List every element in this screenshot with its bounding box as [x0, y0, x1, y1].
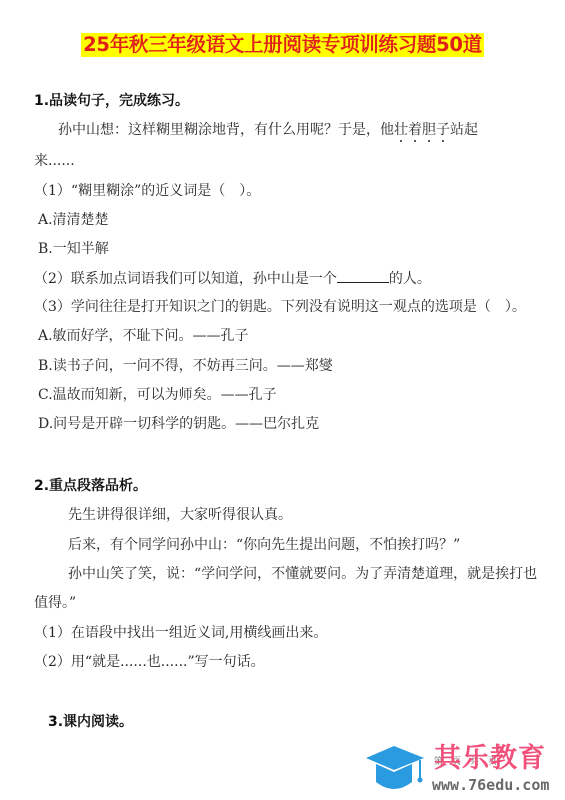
section1-passage-cont: 来......	[34, 152, 75, 170]
logo-name: 其乐教育	[434, 744, 546, 774]
dotted-char: 着	[408, 122, 422, 138]
section1-question-1: （1）“糊里糊涂”的近义词是（ ）。	[34, 182, 260, 200]
document-title-wrap: 25年秋三年级语文上册阅读专项训练习题50道	[0, 33, 565, 57]
question-text: （2）联系加点词语我们可以知道，孙中山是一个	[34, 271, 337, 287]
dotted-char: 胆	[422, 122, 436, 138]
q3-option-a: A.敏而好学，不耻下问。——孔子	[38, 327, 249, 345]
watermark-logo: 其乐教育 www.76edu.com	[364, 742, 564, 798]
q3-option-c: C.温故而知新，可以为师矣。——孔子	[38, 386, 277, 404]
q3-option-b: B.读书子问，一问不得，不妨再三问。——郑燮	[38, 357, 333, 375]
document-title: 25年秋三年级语文上册阅读专项训练习题50道	[81, 33, 484, 57]
section1-question-3: （3）学问往往是打开知识之门的钥匙。下列没有说明这一观点的选项是（ ）。	[34, 298, 526, 316]
section1-heading: 1.品读句子，完成练习。	[34, 92, 189, 110]
answer-blank	[337, 269, 389, 283]
dotted-char: 子	[436, 122, 450, 138]
passage-text: 孙中山想：这样糊里糊涂地背，有什么用呢？于是，他	[58, 122, 394, 138]
section2-paragraph-2: 后来，有个同学问孙中山：“你向先生提出问题，不怕挨打吗？”	[68, 536, 460, 554]
section3-heading: 3.课内阅读。	[48, 713, 133, 731]
section2-paragraph-3: 孙中山笑了笑，说：“学问学问，不懂就要问。为了弄清楚道理，就是挨打也	[68, 565, 537, 583]
section2-paragraph-3-cont: 值得。”	[34, 594, 76, 612]
q3-option-d: D.问号是开辟一切科学的钥匙。——巴尔扎克	[38, 415, 319, 433]
section1-question-2: （2）联系加点词语我们可以知道，孙中山是一个的人。	[34, 269, 431, 288]
passage-text: 站起	[450, 122, 478, 138]
section2-paragraph-1: 先生讲得很详细，大家听得很认真。	[68, 506, 292, 524]
q1-option-a: A.清清楚楚	[38, 211, 109, 229]
dotted-char: 壮	[394, 122, 408, 138]
logo-url: www.76edu.com	[432, 776, 549, 794]
question-text: 的人。	[389, 271, 431, 287]
section1-passage: 孙中山想：这样糊里糊涂地背，有什么用呢？于是，他壮着胆子站起	[58, 121, 478, 139]
graduation-cap-icon	[364, 744, 430, 796]
section2-question-2: （2）用“就是......也......”写一句话。	[34, 653, 265, 671]
section2-heading: 2.重点段落品析。	[34, 477, 147, 495]
section2-question-1: （1）在语段中找出一组近义词,用横线画出来。	[34, 624, 327, 642]
q1-option-b: B.一知半解	[38, 240, 109, 258]
